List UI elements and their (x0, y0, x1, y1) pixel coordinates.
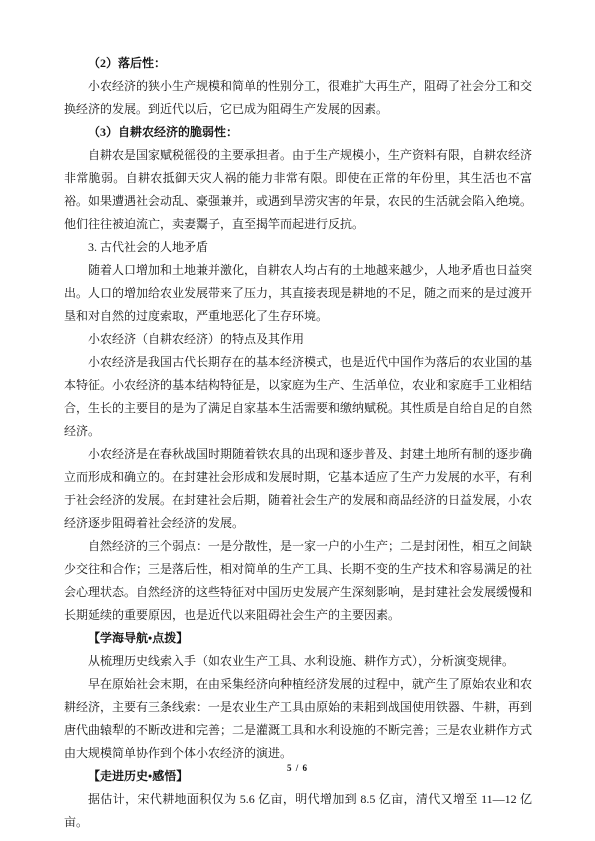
page-number: 5 / 6 (0, 763, 595, 773)
paragraph: 从梳理历史线索入手（如农业生产工具、水利设施、耕作方式），分析演变规律。 (64, 650, 532, 673)
section-subheading: 3. 古代社会的人地矛盾 (64, 236, 532, 259)
paragraph: 小农经济是我国古代长期存在的基本经济模式，也是近代中国作为落后的农业国的基本特征… (64, 351, 532, 443)
paragraph: 小农经济的狭小生产规模和简单的性别分工，很难扩大再生产，阻碍了社会分工和交换经济… (64, 75, 532, 121)
paragraph: 小农经济是在春秋战国时期随着铁农具的出现和逐步普及、封建土地所有制的逐步确立而形… (64, 443, 532, 535)
document-body: （2）落后性： 小农经济的狭小生产规模和简单的性别分工，很难扩大再生产，阻碍了社… (64, 52, 532, 834)
paragraph: 据估计，宋代耕地面积仅为 5.6 亿亩，明代增加到 8.5 亿亩，清代又增至 1… (64, 788, 532, 834)
section-heading: 【学海导航•点拨】 (64, 627, 532, 650)
section-heading: （3）自耕农经济的脆弱性： (64, 121, 532, 144)
paragraph: 随着人口增加和土地兼并激化，自耕农人均占有的土地越来越少，人地矛盾也日益突出。人… (64, 259, 532, 328)
paragraph: 早在原始社会末期，在由采集经济向种植经济发展的过程中，就产生了原始农业和农耕经济… (64, 673, 532, 765)
section-subheading: 小农经济（自耕农经济）的特点及其作用 (64, 328, 532, 351)
section-heading: （2）落后性： (64, 52, 532, 75)
document-page: （2）落后性： 小农经济的狭小生产规模和简单的性别分工，很难扩大再生产，阻碍了社… (0, 0, 595, 841)
paragraph: 自耕农是国家赋税徭役的主要承担者。由于生产规模小，生产资料有限，自耕农经济非常脆… (64, 144, 532, 236)
paragraph: 自然经济的三个弱点：一是分散性，是一家一户的小生产；二是封闭性，相互之间缺少交往… (64, 535, 532, 627)
